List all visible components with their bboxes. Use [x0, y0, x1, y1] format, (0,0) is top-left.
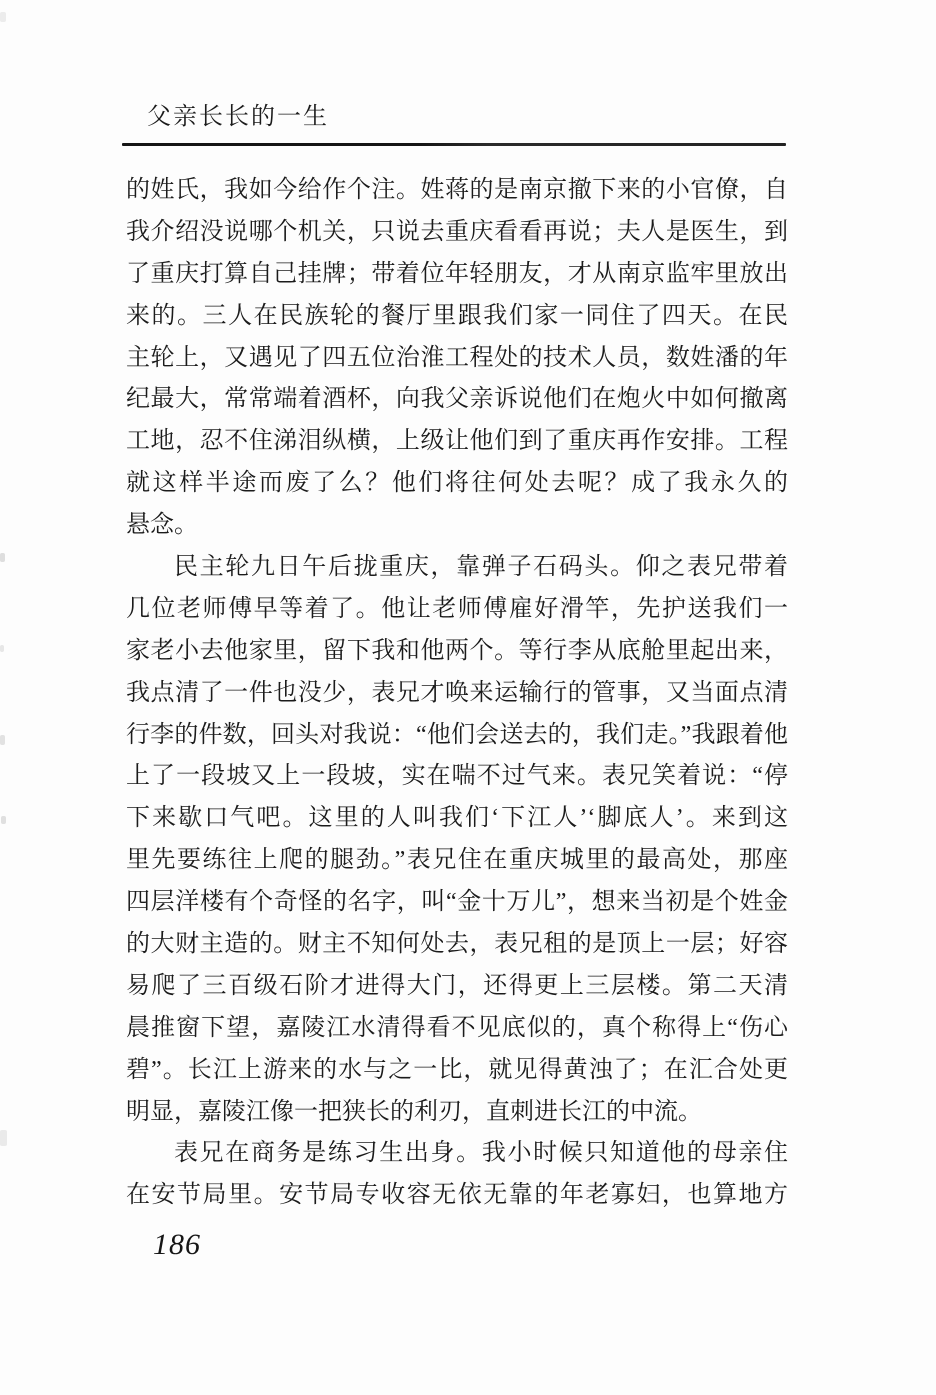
- text-line: 晨推窗下望，嘉陵江水清得看不见底似的，真个称得上“伤心: [126, 1008, 788, 1050]
- text-line: 民主轮九日午后拢重庆，靠弹子石码头。仰之表兄带着: [126, 547, 788, 589]
- running-header: 父亲长长的一生: [147, 103, 329, 131]
- body-text: 的姓氏，我如今给作个注。姓蒋的是南京撤下来的小官僚，自我介绍没说哪个机关，只说去…: [126, 170, 788, 1217]
- text-line: 来的。三人在民族轮的餐厅里跟我们家一同住了四天。在民: [126, 296, 788, 338]
- text-line: 明显，嘉陵江像一把狭长的利刃，直刺进长江的中流。: [126, 1092, 788, 1134]
- text-line: 我介绍没说哪个机关，只说去重庆看看再说；夫人是医生，到: [126, 212, 788, 254]
- text-line: 的姓氏，我如今给作个注。姓蒋的是南京撤下来的小官僚，自: [126, 170, 788, 212]
- text-line: 纪最大，常常端着酒杯，向我父亲诉说他们在炮火中如何撤离: [126, 379, 788, 421]
- scan-smudge: [0, 645, 4, 652]
- text-line: 在安节局里。安节局专收容无依无靠的年老寡妇，也算地方: [126, 1175, 788, 1217]
- text-line: 就这样半途而废了么？他们将往何处去呢？成了我永久的: [126, 463, 788, 505]
- text-line: 里先要练往上爬的腿劲。”表兄住在重庆城里的最高处，那座: [126, 840, 788, 882]
- scan-smudge: [0, 553, 5, 562]
- text-line: 下来歇口气吧。这里的人叫我们‘下江人’‘脚底人’。来到这: [126, 798, 788, 840]
- text-line: 易爬了三百级石阶才进得大门，还得更上三层楼。第二天清: [126, 966, 788, 1008]
- scan-smudge: [0, 1130, 7, 1146]
- text-line: 的大财主造的。财主不知何处去，表兄租的是顶上一层；好容: [126, 924, 788, 966]
- page-number: 186: [153, 1228, 201, 1262]
- scan-smudge: [1, 816, 6, 824]
- scan-smudge: [0, 735, 5, 745]
- text-line: 上了一段坡又上一段坡，实在喘不过气来。表兄笑着说：“停: [126, 756, 788, 798]
- text-line: 碧”。长江上游来的水与之一比，就见得黄浊了；在汇合处更: [126, 1050, 788, 1092]
- scan-smudge: [0, 12, 6, 22]
- text-line: 工地，忍不住涕泪纵横，上级让他们到了重庆再作安排。工程: [126, 421, 788, 463]
- text-line: 家老小去他家里，留下我和他两个。等行李从底舱里起出来，: [126, 631, 788, 673]
- text-line: 了重庆打算自己挂牌；带着位年轻朋友，才从南京监牢里放出: [126, 254, 788, 296]
- book-page: 父亲长长的一生 的姓氏，我如今给作个注。姓蒋的是南京撤下来的小官僚，自我介绍没说…: [0, 0, 936, 1395]
- text-line: 表兄在商务是练习生出身。我小时候只知道他的母亲住: [126, 1133, 788, 1175]
- text-line: 四层洋楼有个奇怪的名字，叫“金十万儿”，想来当初是个姓金: [126, 882, 788, 924]
- text-line: 悬念。: [126, 505, 788, 547]
- text-line: 主轮上，又遇见了四五位治淮工程处的技术人员，数姓潘的年: [126, 338, 788, 380]
- text-line: 几位老师傅早等着了。他让老师傅雇好滑竿，先护送我们一: [126, 589, 788, 631]
- text-line: 行李的件数，回头对我说：“他们会送去的，我们走。”我跟着他: [126, 715, 788, 757]
- text-line: 我点清了一件也没少，表兄才唤来运输行的管事，又当面点清: [126, 673, 788, 715]
- header-rule-divider: [122, 143, 786, 146]
